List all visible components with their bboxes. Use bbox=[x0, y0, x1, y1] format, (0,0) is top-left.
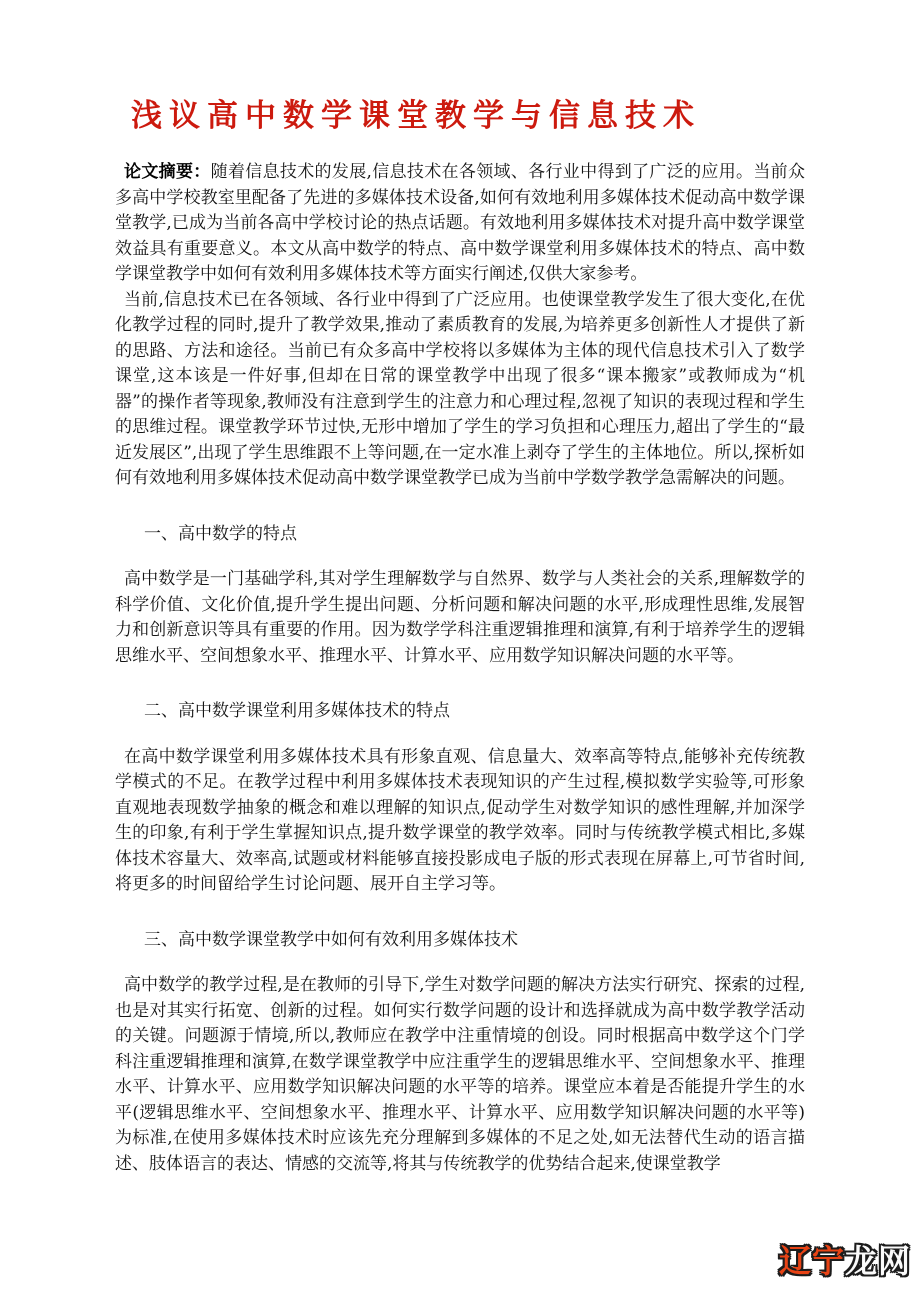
abstract-label: 论文摘要： bbox=[124, 162, 211, 182]
section-heading-3: 三、高中数学课堂教学中如何有效利用多媒体技术 bbox=[115, 928, 805, 954]
section-body-2: 在高中数学课堂利用多媒体技术具有形象直观、信息量大、效率高等特点,能够补充传统教… bbox=[115, 745, 805, 898]
paragraph-abstract: 论文摘要：随着信息技术的发展,信息技术在各领域、各行业中得到了广泛的应用。当前众… bbox=[115, 160, 805, 288]
abstract-text: 随着信息技术的发展,信息技术在各领域、各行业中得到了广泛的应用。当前众多高中学校… bbox=[115, 162, 805, 284]
watermark-text-white: 龙网 bbox=[845, 1242, 911, 1280]
article-content: 浅议高中数学课堂教学与信息技术 论文摘要：随着信息技术的发展,信息技术在各领域、… bbox=[0, 0, 920, 1177]
page-title: 浅议高中数学课堂教学与信息技术 bbox=[131, 96, 805, 136]
section-heading-1: 一、高中数学的特点 bbox=[115, 522, 805, 548]
section-heading-2: 二、高中数学课堂利用多媒体技术的特点 bbox=[115, 699, 805, 725]
paragraph-intro: 当前,信息技术已在各领域、各行业中得到了广泛应用。也使课堂教学发生了很大变化,在… bbox=[115, 288, 805, 492]
document-page: 浅议高中数学课堂教学与信息技术 论文摘要：随着信息技术的发展,信息技术在各领域、… bbox=[0, 0, 920, 1302]
site-watermark-logo: 辽宁龙网 bbox=[779, 1243, 911, 1279]
section-body-1: 高中数学是一门基础学科,其对学生理解数学与自然界、数学与人类社会的关系,理解数学… bbox=[115, 567, 805, 669]
watermark-text-red: 辽宁 bbox=[779, 1242, 845, 1280]
section-body-3: 高中数学的教学过程,是在教师的引导下,学生对数学问题的解决方法实行研究、探索的过… bbox=[115, 973, 805, 1177]
